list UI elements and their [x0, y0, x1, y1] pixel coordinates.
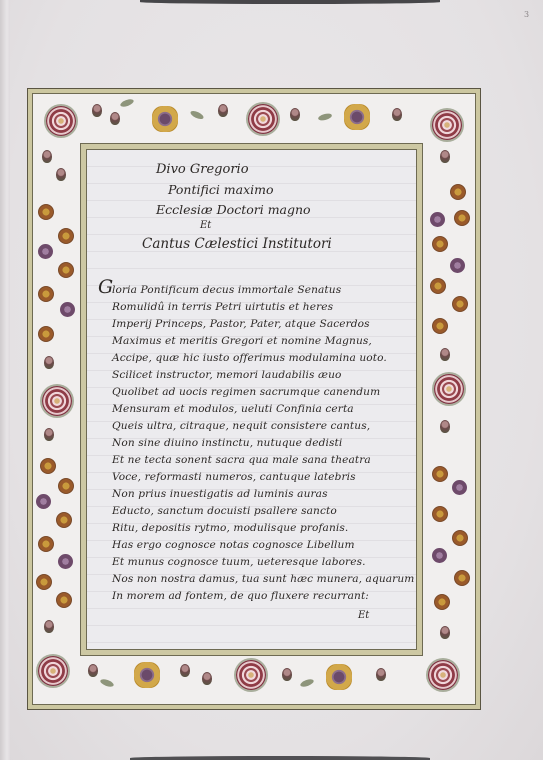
top-edge-shadow: [140, 0, 440, 4]
bud-icon: [44, 428, 54, 441]
catchword: Et: [358, 610, 369, 621]
bud-icon: [92, 104, 102, 117]
zinnia-icon: [432, 236, 448, 252]
bud-icon: [440, 348, 450, 361]
zinnia-icon: [452, 296, 468, 312]
poem-line: Voce, reformasti numeros, cantuque lateb…: [112, 471, 356, 483]
zinnia-icon: [38, 536, 54, 552]
zinnia-icon: [454, 210, 470, 226]
rose-icon: [428, 660, 458, 690]
zinnia-icon: [454, 570, 470, 586]
poem-line: Educto, sanctum docuisti psallere sancto: [112, 505, 337, 517]
manuscript-text: Divo Gregorio Pontifici maximo Ecclesiæ …: [96, 156, 411, 646]
sunflower-icon: [152, 106, 178, 132]
zinnia-icon: [58, 228, 74, 244]
poem-line: Et munus cognosce tuum, ueteresque labor…: [112, 556, 366, 568]
zinnia-icon: [432, 318, 448, 334]
zinnia-icon: [58, 262, 74, 278]
aster-icon: [432, 548, 447, 563]
bud-icon: [88, 664, 98, 677]
zinnia-icon: [58, 478, 74, 494]
zinnia-icon: [452, 530, 468, 546]
bud-icon: [44, 356, 54, 369]
rose-icon: [432, 110, 462, 140]
poem-line: Non sine diuino instinctu, nutuque dedis…: [112, 437, 342, 449]
zinnia-icon: [432, 506, 448, 522]
dedication-line: Ecclesiæ Doctori magno: [156, 202, 311, 217]
zinnia-icon: [38, 204, 54, 220]
bud-icon: [440, 626, 450, 639]
poem-line: Romulidû in terris Petri uirtutis et her…: [112, 301, 333, 313]
decorated-initial: G: [98, 278, 113, 297]
bud-icon: [392, 108, 402, 121]
poem-line: Non prius inuestigatis ad luminis auras: [112, 488, 328, 500]
dedication-line: Et: [200, 220, 211, 231]
bud-icon: [218, 104, 228, 117]
rose-icon: [236, 660, 266, 690]
bud-icon: [180, 664, 190, 677]
poem-line: Et ne tecta sonent sacra qua male sana t…: [112, 454, 371, 466]
bud-icon: [440, 150, 450, 163]
aster-icon: [58, 554, 73, 569]
poem-line: Mensuram et modulos, ueluti Confinia cer…: [112, 403, 354, 415]
poem-line: Maximus et meritis Gregori et nomine Mag…: [112, 335, 372, 347]
zinnia-icon: [38, 286, 54, 302]
poem-line: Has ergo cognosce notas cognosce Libellu…: [112, 539, 355, 551]
bud-icon: [376, 668, 386, 681]
dedication-line: Pontifici maximo: [168, 182, 274, 197]
poem-line: Ritu, depositis rytmo, modulisque profan…: [112, 522, 348, 534]
poem-line: Imperij Princeps, Pastor, Pater, atque S…: [112, 318, 370, 330]
bud-icon: [110, 112, 120, 125]
zinnia-icon: [56, 512, 72, 528]
zinnia-icon: [36, 574, 52, 590]
bud-icon: [44, 620, 54, 633]
aster-icon: [36, 494, 51, 509]
bud-icon: [202, 672, 212, 685]
aster-icon: [450, 258, 465, 273]
rose-icon: [38, 656, 68, 686]
rose-icon: [42, 386, 72, 416]
poem-line: Queis ultra, citraque, nequit consistere…: [112, 420, 370, 432]
aster-icon: [38, 244, 53, 259]
folio-number: 3: [524, 10, 529, 19]
zinnia-icon: [450, 184, 466, 200]
zinnia-icon: [434, 594, 450, 610]
rose-icon: [46, 106, 76, 136]
poem-line: Nos non nostra damus, tua sunt hæc muner…: [112, 573, 414, 585]
sunflower-icon: [326, 664, 352, 690]
poem-line: Quolibet ad uocis regimen sacrumque cane…: [112, 386, 380, 398]
zinnia-icon: [56, 592, 72, 608]
aster-icon: [452, 480, 467, 495]
poem-line: loria Pontificum decus immortale Senatus: [112, 284, 341, 296]
rose-icon: [248, 104, 278, 134]
poem-line: Scilicet instructor, memori laudabilis æ…: [112, 369, 341, 381]
poem-line: Accipe, quæ hic iusto offerimus modulami…: [112, 352, 387, 364]
bud-icon: [56, 168, 66, 181]
rose-icon: [434, 374, 464, 404]
zinnia-icon: [430, 278, 446, 294]
bud-icon: [282, 668, 292, 681]
aster-icon: [430, 212, 445, 227]
bud-icon: [440, 420, 450, 433]
page-gutter: [0, 0, 10, 760]
bottom-edge-shadow: [130, 756, 430, 760]
sunflower-icon: [344, 104, 370, 130]
dedication-line: Cantus Cælestici Institutori: [142, 236, 332, 252]
sunflower-icon: [134, 662, 160, 688]
poem-line: In morem ad fontem, de quo fluxere recur…: [112, 590, 369, 602]
zinnia-icon: [40, 458, 56, 474]
dedication-line: Divo Gregorio: [156, 162, 249, 177]
aster-icon: [60, 302, 75, 317]
zinnia-icon: [432, 466, 448, 482]
zinnia-icon: [38, 326, 54, 342]
manuscript-page: 3: [0, 0, 543, 760]
bud-icon: [42, 150, 52, 163]
bud-icon: [290, 108, 300, 121]
